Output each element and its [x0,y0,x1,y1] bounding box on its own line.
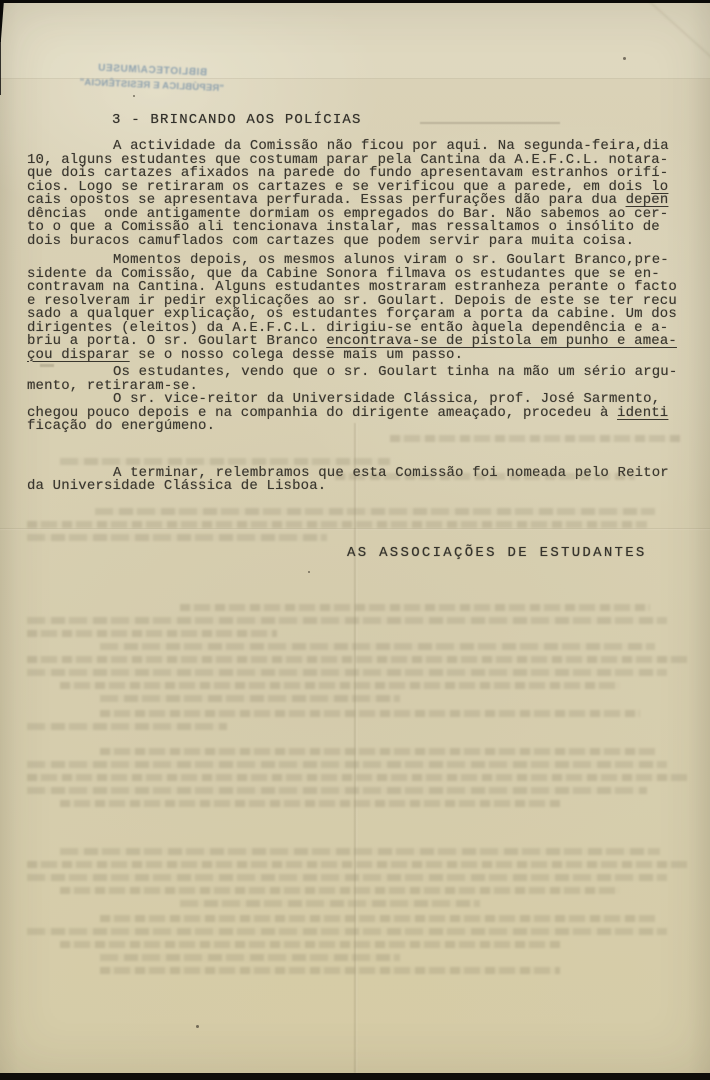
bleedthrough-line [27,521,647,528]
bleedthrough-line [180,900,480,907]
bleedthrough-line [27,669,667,676]
document-title: 3 - BRINCANDO AOS POLÍCIAS [112,112,362,128]
text-segment: se o nosso colega desse mais um passo. [130,347,464,363]
scan-edge-bottom [0,1073,710,1080]
bleedthrough-line [100,967,560,974]
text-line: ficação do energúmeno. [27,420,697,434]
bleedthrough-line [27,617,667,624]
bleedthrough-line [27,861,687,868]
paragraph: A actividade da Comissão não ficou por a… [27,140,697,248]
bleedthrough-line [60,682,620,689]
library-stamp: BIBLIOTECA/MUSEU "REPÚBLICA E RESISTÊNCI… [72,62,233,95]
bleedthrough-line [180,604,650,611]
stamp-line2: "REPÚBLICA E RESISTÊNCIA" [72,77,232,95]
text-segment: dois buracos camuflados com cartazes que… [27,233,634,249]
paper-speck [308,571,310,573]
bleedthrough-line [27,656,687,663]
scanned-document: BIBLIOTECA/MUSEU "REPÚBLICA E RESISTÊNCI… [0,0,710,1080]
bleedthrough-line [60,887,620,894]
bleedthrough-line [100,748,655,755]
signature-line: AS ASSOCIAÇÕES DE ESTUDANTES [347,545,647,561]
paper-speck [133,95,135,97]
bleedthrough-line [27,787,647,794]
paragraph: Os estudantes, vendo que o sr. Goulart t… [27,366,697,393]
faint-mark [420,122,560,124]
bleedthrough-line [95,508,655,515]
scan-edge-left-line [0,0,1,95]
bleedthrough-line [60,848,660,855]
bleedthrough-line [27,534,327,541]
bleedthrough-line [60,800,560,807]
bleedthrough-line [100,710,640,717]
text-line: çou disparar se o nosso colega desse mai… [27,349,697,363]
bleedthrough-line [27,874,667,881]
vertical-crease [354,423,356,1073]
bleedthrough-line [27,723,227,730]
text-segment: da Universidade Clássica de Lisboa. [27,478,326,494]
paragraph: A terminar, relembramos que esta Comissã… [27,467,697,494]
paragraph: Momentos depois, os mesmos alunos viram … [27,254,697,362]
bleedthrough-line [27,774,687,781]
paper-speck [196,1025,199,1028]
bleedthrough-line [100,915,655,922]
bleedthrough-line [100,643,655,650]
paragraph: O sr. vice-reitor da Universidade Clássi… [27,393,697,434]
bleedthrough-line [27,630,277,637]
text-line: dois buracos camuflados com cartazes que… [27,235,697,249]
paper-sheet: BIBLIOTECA/MUSEU "REPÚBLICA E RESISTÊNCI… [0,3,710,1073]
text-line: da Universidade Clássica de Lisboa. [27,480,697,494]
bleedthrough-line [27,928,667,935]
text-segment: ficação do energúmeno. [27,418,215,434]
underlined-text: identi [617,405,668,421]
underlined-text: çou disparar [27,347,130,363]
bleedthrough-line [60,941,560,948]
document-body: A actividade da Comissão não ficou por a… [27,140,697,494]
scan-edge-top [0,0,710,3]
bleedthrough-line [27,761,667,768]
